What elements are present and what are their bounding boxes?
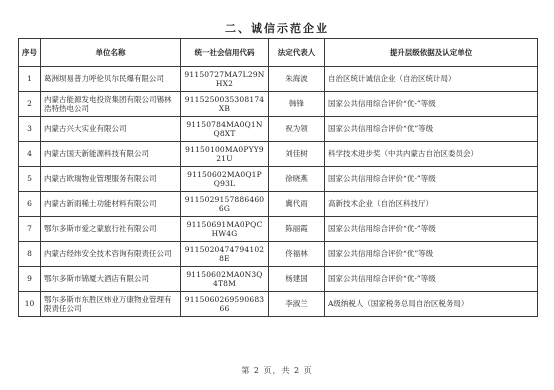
enterprise-table: 序号单位名称统一社会信用代码法定代表人提升层级依据及认定单位 1葛洲坝易普力呼伦… xyxy=(18,38,538,317)
cell-basis: 国家公共信用综合评价“优-”等级 xyxy=(325,267,538,292)
table-row: 7鄂尔多斯市爱之蒙旅行社有限公司91150691MA0PQCHW4G陈丽霞国家公… xyxy=(19,217,538,242)
cell-company-name: 鄂尔多斯市东胜区炜业万康物业管理有限责任公司 xyxy=(41,292,181,317)
cell-serial: 3 xyxy=(19,117,41,142)
cell-credit-code: 91150784MA0Q1NQ8XT xyxy=(181,117,269,142)
column-header-company-name: 单位名称 xyxy=(41,39,181,67)
cell-credit-code: 91150727MA7L29NHX2 xyxy=(181,67,269,92)
table-row: 3内蒙古兴大实业有限公司91150784MA0Q1NQ8XT祝为领国家公共信用综… xyxy=(19,117,538,142)
cell-legal-rep: 刘佳树 xyxy=(269,142,325,167)
column-header-credit-code: 统一社会信用代码 xyxy=(181,39,269,67)
column-header-legal-rep: 法定代表人 xyxy=(269,39,325,67)
cell-basis: 自治区统计诚信企业（自治区统计局） xyxy=(325,67,538,92)
cell-credit-code: 911506026959068366 xyxy=(181,292,269,317)
cell-legal-rep: 李淑兰 xyxy=(269,292,325,317)
cell-company-name: 鄂尔多斯市锦厦大酒店有限公司 xyxy=(41,267,181,292)
cell-company-name: 内蒙古新雨稀土功能材料有限公司 xyxy=(41,192,181,217)
cell-serial: 1 xyxy=(19,67,41,92)
cell-credit-code: 91150204747941028E xyxy=(181,242,269,267)
page-title: 二、诚信示范企业 xyxy=(0,20,554,36)
cell-basis: 国家公共信用综合评价“优”等级 xyxy=(325,117,538,142)
table-row: 6内蒙古新雨稀土功能材料有限公司91150291578864606G冀代雨高新技… xyxy=(19,192,538,217)
cell-basis: 国家公共信用综合评价“优-”等级 xyxy=(325,167,538,192)
cell-basis: A级纳税人（国家税务总局自治区税务局） xyxy=(325,292,538,317)
cell-basis: 国家公共信用综合评价“优”等级 xyxy=(325,242,538,267)
cell-legal-rep: 杨建国 xyxy=(269,267,325,292)
table-row: 9鄂尔多斯市锦厦大酒店有限公司91150602MA0N3Q4T8M杨建国国家公共… xyxy=(19,267,538,292)
cell-legal-rep: 佟福林 xyxy=(269,242,325,267)
cell-basis: 科学技术进步奖（中共内蒙古自治区委员会） xyxy=(325,142,538,167)
cell-company-name: 鄂尔多斯市爱之蒙旅行社有限公司 xyxy=(41,217,181,242)
cell-serial: 7 xyxy=(19,217,41,242)
cell-serial: 6 xyxy=(19,192,41,217)
cell-serial: 4 xyxy=(19,142,41,167)
cell-serial: 2 xyxy=(19,92,41,117)
cell-company-name: 内蒙古兴大实业有限公司 xyxy=(41,117,181,142)
cell-credit-code: 91150291578864606G xyxy=(181,192,269,217)
cell-serial: 9 xyxy=(19,267,41,292)
column-header-serial: 序号 xyxy=(19,39,41,67)
page-number: 第 2 页，共 2 页 xyxy=(0,365,554,376)
cell-company-name: 内蒙古欧瑞物业管理服务有限公司 xyxy=(41,167,181,192)
cell-company-name: 内蒙古国天新能源科技有限公司 xyxy=(41,142,181,167)
document-page: 二、诚信示范企业 序号单位名称统一社会信用代码法定代表人提升层级依据及认定单位 … xyxy=(0,0,554,390)
cell-legal-rep: 冀代雨 xyxy=(269,192,325,217)
cell-legal-rep: 陈丽霞 xyxy=(269,217,325,242)
cell-serial: 10 xyxy=(19,292,41,317)
table-row: 10鄂尔多斯市东胜区炜业万康物业管理有限责任公司9115060269590683… xyxy=(19,292,538,317)
cell-serial: 8 xyxy=(19,242,41,267)
table-row: 1葛洲坝易普力呼伦贝尔民爆有限公司91150727MA7L29NHX2朱海波自治… xyxy=(19,67,538,92)
cell-serial: 5 xyxy=(19,167,41,192)
cell-company-name: 内蒙古经纬安全技术咨询有限责任公司 xyxy=(41,242,181,267)
cell-credit-code: 91150691MA0PQCHW4G xyxy=(181,217,269,242)
cell-company-name: 葛洲坝易普力呼伦贝尔民爆有限公司 xyxy=(41,67,181,92)
cell-credit-code: 91150602MA0N3Q4T8M xyxy=(181,267,269,292)
cell-legal-rep: 祝为领 xyxy=(269,117,325,142)
cell-legal-rep: 朱海波 xyxy=(269,67,325,92)
cell-basis: 国家公共信用综合评价“优-”等级 xyxy=(325,92,538,117)
cell-legal-rep: 韩锋 xyxy=(269,92,325,117)
cell-credit-code: 91150602MA0Q1PQ93L xyxy=(181,167,269,192)
column-header-basis: 提升层级依据及认定单位 xyxy=(325,39,538,67)
cell-basis: 高新技术企业（自治区科技厅） xyxy=(325,192,538,217)
table-row: 8内蒙古经纬安全技术咨询有限责任公司91150204747941028E佟福林国… xyxy=(19,242,538,267)
table-row: 2内蒙古能源发电投资集团有限公司锡林浩特热电公司9115250035308174… xyxy=(19,92,538,117)
table-row: 4内蒙古国天新能源科技有限公司91150100MA0PYY921U刘佳树科学技术… xyxy=(19,142,538,167)
cell-basis: 国家公共信用综合评价“优-”等级 xyxy=(325,217,538,242)
cell-credit-code: 9115250035308174XB xyxy=(181,92,269,117)
table-header-row: 序号单位名称统一社会信用代码法定代表人提升层级依据及认定单位 xyxy=(19,39,538,67)
cell-company-name: 内蒙古能源发电投资集团有限公司锡林浩特热电公司 xyxy=(41,92,181,117)
table-row: 5内蒙古欧瑞物业管理服务有限公司91150602MA0Q1PQ93L徐晓燕国家公… xyxy=(19,167,538,192)
cell-credit-code: 91150100MA0PYY921U xyxy=(181,142,269,167)
cell-legal-rep: 徐晓燕 xyxy=(269,167,325,192)
